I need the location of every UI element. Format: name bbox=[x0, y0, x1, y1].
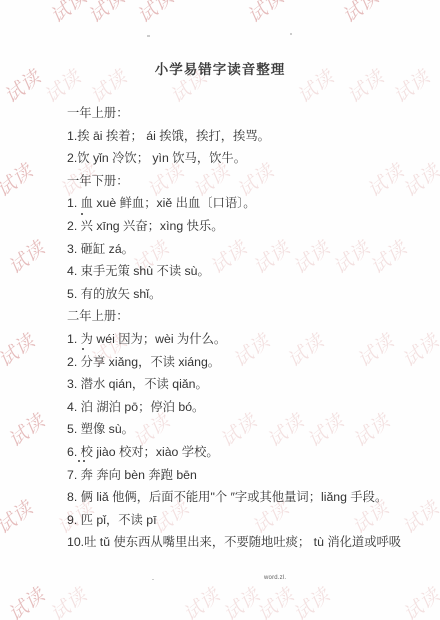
watermark-stamp: 试读 bbox=[336, 0, 384, 28]
watermark-stamp: 试读 bbox=[217, 581, 265, 620]
emphasis-mark-xue bbox=[81, 213, 83, 215]
watermark-stamp: 试读 bbox=[0, 327, 40, 373]
list-item: 1. 血 xuè 鲜血；xiě 出血〔口语〕。 bbox=[67, 192, 422, 215]
watermark-stamp: 试读 bbox=[287, 581, 335, 620]
section-heading: 一年下册： bbox=[67, 170, 422, 193]
watermark-stamp: 试读 bbox=[397, 581, 440, 620]
list-item: 3. 潜水 qián，不读 qiǎn。 bbox=[67, 373, 422, 396]
watermark-stamp: 试读 bbox=[0, 157, 38, 203]
page-speck bbox=[290, 33, 292, 35]
list-item: 4. 束手无策 shù 不读 sù。 bbox=[67, 260, 422, 283]
list-item: 9. 匹 pǐ，不读 pī bbox=[67, 509, 422, 532]
watermark-stamp: 试读 bbox=[241, 0, 289, 28]
list-item: 10.吐 tǔ 使东西从嘴里出来，不要随地吐痰； tù 消化道或呼吸 bbox=[67, 531, 422, 554]
list-item: 7. 奔 奔向 bèn 奔跑 bēn bbox=[67, 464, 422, 487]
section-heading: 二年上册： bbox=[67, 305, 422, 328]
watermark-stamp: 试读 bbox=[251, 581, 299, 620]
emphasis-mark-jiao bbox=[78, 460, 80, 462]
document-page: 试读试读试读试读试读试读试读试读试读试读试读试读试读试读试读试读试读试读试读试读… bbox=[0, 0, 440, 620]
emphasis-mark-jiao bbox=[83, 460, 85, 462]
list-item: 2. 兴 xīng 兴奋；xìng 快乐。 bbox=[67, 215, 422, 238]
list-item: 1. 为 wéi 因为；wèi 为什么。 bbox=[67, 328, 422, 351]
watermark-stamp: 试读 bbox=[0, 494, 38, 540]
watermark-stamp: 试读 bbox=[82, 0, 130, 28]
list-item: 4. 泊 湖泊 pō；停泊 bó。 bbox=[67, 396, 422, 419]
list-item: 8. 俩 liǎ 他俩，后面不能用"个 ″字或其他量词；liǎng 手段。 bbox=[67, 486, 422, 509]
list-item: 3. 砸缸 zá。 bbox=[67, 238, 422, 261]
list-item: 5. 塑像 sù。 bbox=[67, 418, 422, 441]
watermark-stamp: 试读 bbox=[44, 0, 92, 28]
section-heading: 一年上册： bbox=[67, 102, 422, 125]
watermark-stamp: 试读 bbox=[177, 581, 225, 620]
page-title: 小学易错字读音整理 bbox=[0, 58, 440, 78]
watermark-stamp: 试读 bbox=[2, 581, 50, 620]
page-speck bbox=[152, 579, 154, 580]
watermark-stamp: 试读 bbox=[2, 407, 50, 453]
document-body: 一年上册：1.挨 āi 挨着； ái 挨饿，挨打，挨骂。2.饮 yǐn 冷饮； … bbox=[67, 102, 422, 554]
list-item: 1.挨 āi 挨着； ái 挨饿，挨打，挨骂。 bbox=[67, 125, 422, 148]
list-item: 2.饮 yǐn 冷饮； yìn 饮马，饮牛。 bbox=[67, 147, 422, 170]
list-item: 2. 分享 xiǎng，不读 xiáng。 bbox=[67, 351, 422, 374]
watermark-stamp: 试读 bbox=[131, 0, 179, 28]
page-speck bbox=[147, 35, 150, 37]
watermark-stamp: 试读 bbox=[44, 581, 92, 620]
emphasis-mark-wei bbox=[82, 348, 84, 350]
footer-watermark-text: word.zl. bbox=[264, 575, 286, 581]
list-item: 5. 有的放矢 shǐ。 bbox=[67, 283, 422, 306]
list-item: 6. 校 jiào 校对；xiào 学校。 bbox=[67, 441, 422, 464]
watermark-stamp: 试读 bbox=[2, 234, 50, 280]
